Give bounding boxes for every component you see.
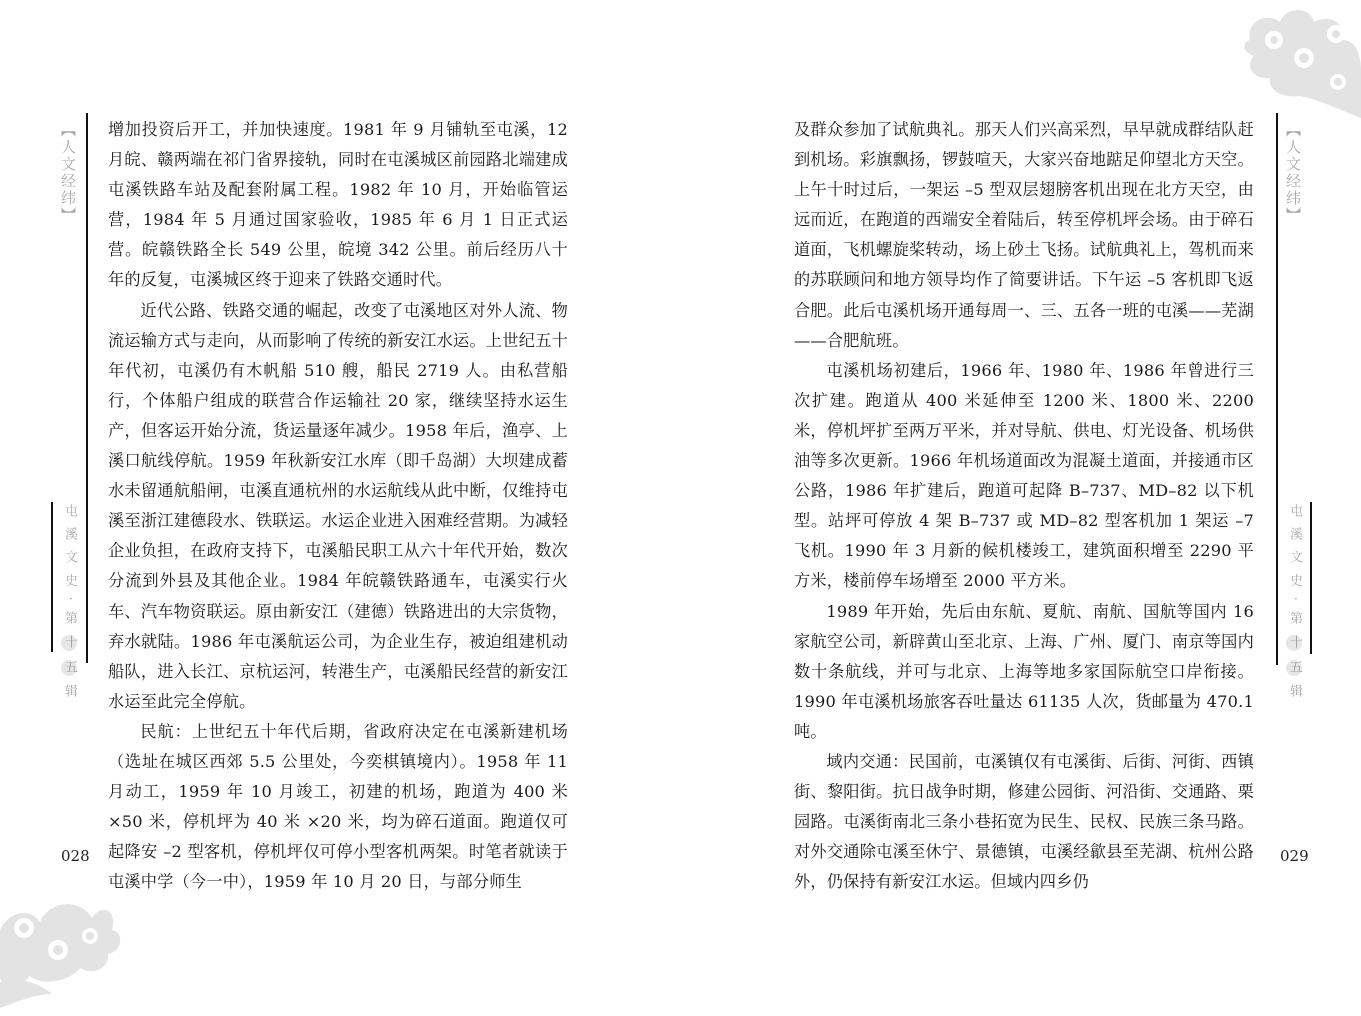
series-char-circled: 十: [1286, 635, 1302, 651]
series-rule: [51, 502, 53, 652]
series-char: 文: [62, 550, 77, 566]
series-char: 第: [62, 611, 77, 627]
paragraph: 1989 年开始，先后由东航、夏航、南航、国航等国内 16 家航空公司，新辟黄山…: [794, 597, 1254, 747]
series-char: 辑: [1287, 684, 1302, 700]
left-page: 【人文经纬】 屯 溪 文 史 · 第 十 五 辑 028 增加投资后开工，并加快…: [0, 0, 680, 1016]
paragraph: 民航：上世纪五十年代后期，省政府决定在屯溪新建机场（选址在城区西郊 5.5 公里…: [108, 717, 568, 898]
page-number: 029: [1280, 847, 1309, 865]
paragraph: 近代公路、铁路交通的崛起，改变了屯溪地区对外人流、物流运输方式与走向，从而影响了…: [108, 296, 568, 717]
series-char: 史: [1287, 573, 1302, 589]
series-char: 辑: [62, 684, 77, 700]
paragraph: 增加投资后开工，并加快速度。1981 年 9 月铺轨至屯溪，12 月皖、赣两端在…: [108, 115, 568, 296]
running-head: 【人文经纬】: [58, 122, 79, 224]
series-char-circled: 十: [61, 635, 77, 651]
body-text: 及群众参加了试航典礼。那天人们兴高采烈，早早就成群结队赶到机场。彩旗飘扬，锣鼓喧…: [794, 115, 1254, 897]
series-char: 溪: [62, 527, 77, 543]
body-text: 增加投资后开工，并加快速度。1981 年 9 月铺轨至屯溪，12 月皖、赣两端在…: [108, 115, 568, 897]
series-char: ·: [62, 597, 77, 604]
series-char-circled: 五: [1286, 660, 1302, 676]
series-char: 溪: [1287, 527, 1302, 543]
series-char: 文: [1287, 550, 1302, 566]
cloud-ornament-icon: [0, 890, 130, 1016]
series-char: 第: [1287, 611, 1302, 627]
paragraph: 及群众参加了试航典礼。那天人们兴高采烈，早早就成群结队赶到机场。彩旗飘扬，锣鼓喧…: [794, 115, 1254, 356]
running-head: 【人文经纬】: [1283, 122, 1304, 224]
paragraph: 域内交通：民国前，屯溪镇仅有屯溪街、后街、河街、西镇街、黎阳街。抗日战争时期，修…: [794, 747, 1254, 897]
series-title: 屯 溪 文 史 · 第 十 五 辑: [60, 504, 79, 700]
margin-rule: [1276, 113, 1278, 665]
margin-rule: [86, 113, 88, 663]
series-rule: [1310, 502, 1312, 654]
series-char: 屯: [1287, 504, 1302, 520]
series-char-circled: 五: [61, 660, 77, 676]
right-page: 及群众参加了试航典礼。那天人们兴高采烈，早早就成群结队赶到机场。彩旗飘扬，锣鼓喧…: [680, 0, 1361, 1016]
series-char: 屯: [62, 504, 77, 520]
series-char: 史: [62, 573, 77, 589]
paragraph: 屯溪机场初建后，1966 年、1980 年、1986 年曾进行三次扩建。跑道从 …: [794, 356, 1254, 597]
cloud-ornament-icon: [1240, 0, 1361, 118]
series-title: 屯 溪 文 史 · 第 十 五 辑: [1285, 504, 1304, 700]
page-number: 028: [61, 847, 90, 865]
series-char: ·: [1287, 597, 1302, 604]
